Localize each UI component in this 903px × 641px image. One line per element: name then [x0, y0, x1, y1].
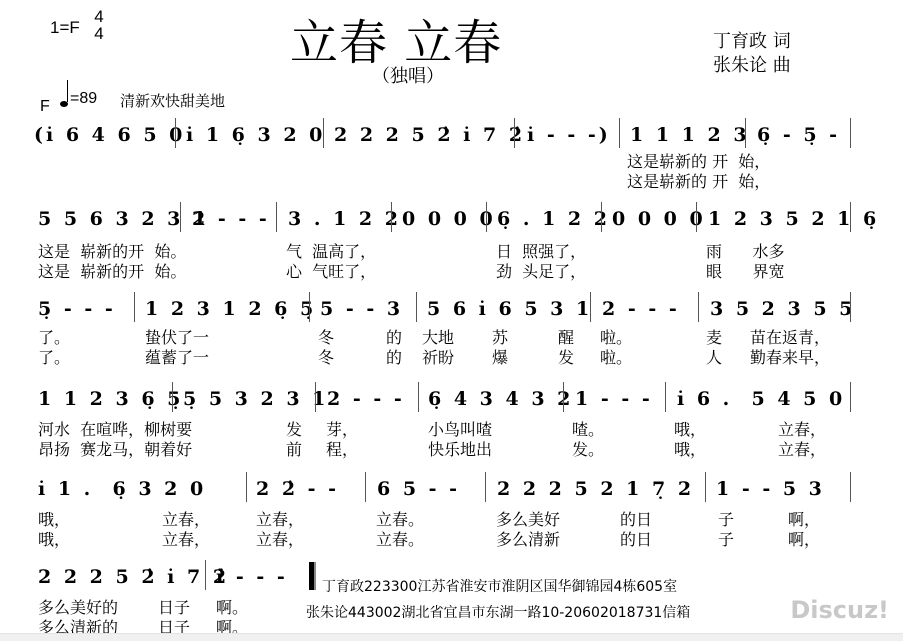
- lyrics-verse-2: 眼 界宽: [706, 262, 785, 281]
- barline: [309, 292, 310, 322]
- composer-credit: 张朱论 曲: [713, 54, 791, 78]
- measure: 2 - - -: [192, 208, 270, 230]
- lyrics-verse-2: 子: [718, 530, 734, 549]
- time-sig-top: 4: [92, 8, 106, 25]
- barline: [698, 292, 699, 322]
- barline: [172, 382, 173, 412]
- lyrics-verse-2: 劲 头足了，: [496, 262, 586, 281]
- barline: [276, 202, 277, 232]
- lyrics-verse-1: 啊。: [216, 598, 248, 617]
- barline: [486, 202, 487, 232]
- barline: [696, 202, 697, 232]
- measure: 1 - - -: [575, 388, 653, 410]
- lyrics-verse-1: 气 温高了，: [286, 242, 376, 261]
- lyrics-verse-1: 多么美好: [496, 510, 560, 529]
- lyrics-verse-1: 的日: [620, 510, 652, 529]
- measure: 2 2̇ - -: [256, 478, 339, 500]
- barline: [850, 472, 851, 502]
- measure: (i̇ 6 4 6 5 0: [34, 124, 185, 146]
- measure: 5 6 i̇ 6 5 3 1: [427, 298, 592, 320]
- measure: 1 2 3 1 2 6̣ 5̣: [145, 298, 316, 320]
- measure: i̇ 1 6̣ 3 2 0: [186, 124, 325, 146]
- lyrics-verse-1: 醒: [558, 328, 574, 347]
- lyrics-verse-2: 程，: [326, 440, 358, 459]
- lyrics-verse-2: 祈盼: [422, 348, 454, 367]
- lyrics-verse-1: 这是 崭新的开 始。: [38, 242, 186, 261]
- barline: [601, 202, 602, 232]
- lyrics-verse-2: 发: [558, 348, 574, 367]
- lyrics-verse-1: 蛰伏了一: [145, 328, 209, 347]
- song-subtitle: （独唱）: [372, 62, 444, 88]
- measure: 6̣ - 5̣ -: [757, 124, 840, 146]
- lyrics-verse-2: 发。: [572, 440, 604, 459]
- lyrics-verse-1: 喳。: [572, 420, 604, 439]
- measure: 5 5 6 3 2 3 1: [38, 208, 209, 230]
- lyrics-verse-1: 多么美好的: [38, 598, 118, 617]
- lyrics-verse-1: 发: [286, 420, 302, 439]
- barline: [850, 118, 851, 148]
- lyrics-verse-1: 日 照强了，: [496, 242, 586, 261]
- measure: 2 2 2 5 2̇ i̇ 7 2̇: [334, 124, 525, 146]
- measure: 2 - - -: [602, 298, 680, 320]
- lyrics-verse-1: 立春，: [778, 420, 826, 439]
- lyrics-verse-2: 这是 崭新的开 始。: [38, 262, 186, 281]
- lyricist-credit: 丁育政 词: [713, 30, 791, 54]
- measure: 5 - - 3: [320, 298, 403, 320]
- composer-address: 张朱论443002湖北省宜昌市东湖一路10-20602018731信箱: [306, 602, 690, 622]
- lyrics-verse-1: 这是崭新的 开 始，: [627, 152, 770, 171]
- barline: [665, 382, 666, 412]
- measure: 2 2 2 5 2 1 7̣ 2: [497, 478, 694, 500]
- lyrics-verse-2: 蕴蓄了一: [145, 348, 209, 367]
- barline: [315, 382, 316, 412]
- expression-marking: 清新欢快甜美地: [120, 90, 225, 111]
- barline: [850, 292, 851, 322]
- lyrics-verse-2: 啊，: [788, 530, 820, 549]
- barline: [323, 118, 324, 148]
- measure: 5̣ 5 3 2 3 1: [183, 388, 328, 410]
- lyrics-verse-1: 小鸟叫喳: [428, 420, 492, 439]
- barline: [175, 118, 176, 148]
- lyrics-verse-1: 日子: [158, 598, 190, 617]
- barline: [745, 118, 746, 148]
- measure: 3 5 2 3 5 5: [710, 298, 855, 320]
- barline: [391, 202, 392, 232]
- barline: [590, 292, 591, 322]
- discuz-watermark: Discuz!: [790, 596, 889, 624]
- lyrics-verse-1: 子: [718, 510, 734, 529]
- lyrics-verse-1: 冬: [318, 328, 334, 347]
- lyrics-verse-2: 快乐地出: [428, 440, 492, 459]
- lyrics-verse-2: 前: [286, 440, 302, 459]
- measure: 1 - - 5 3: [716, 478, 825, 500]
- barline: [365, 472, 366, 502]
- measure: 2 2 2 5 2̇ i̇ 7 2̇: [38, 566, 229, 588]
- time-signature: 4 4: [92, 8, 106, 42]
- barline: [850, 202, 851, 232]
- note-stem: [67, 80, 68, 102]
- lyrics-verse-2: 哦，: [674, 440, 706, 459]
- lyrics-verse-2: 的日: [620, 530, 652, 549]
- lyrics-verse-1: 啊，: [788, 510, 820, 529]
- lyrics-verse-1: 哦，: [38, 510, 70, 529]
- lyricist-address: 丁育政223300江苏省淮安市淮阴区国华御锦园4栋605室: [322, 576, 677, 596]
- lyrics-verse-1: 立春，: [162, 510, 210, 529]
- measure: 0 0 0 0: [612, 208, 706, 230]
- barline: [205, 560, 206, 590]
- measure: 6̣ . 1 2 2: [497, 208, 610, 230]
- lyrics-verse-1: 芽，: [326, 420, 358, 439]
- lyrics-verse-1: 麦: [706, 328, 722, 347]
- lyrics-verse-1: 苏: [492, 328, 508, 347]
- lyrics-verse-1: 雨 水多: [706, 242, 785, 261]
- barline: [563, 382, 564, 412]
- lyrics-verse-1: 了。: [38, 328, 70, 347]
- measure: 1 2 3 5 2 1 6̣: [708, 208, 879, 230]
- tempo-bpm: =89: [70, 90, 97, 108]
- lyrics-verse-1: 的: [386, 328, 402, 347]
- tempo-key-letter: F: [40, 98, 50, 116]
- barline: [134, 292, 135, 322]
- barline: [180, 202, 181, 232]
- barline: [416, 292, 417, 322]
- measure: i̇ 1 . 6̣ 3 2 0: [38, 478, 206, 500]
- barline: [850, 382, 851, 412]
- lyrics-verse-2: 了。: [38, 348, 70, 367]
- lyrics-verse-2: 立春。: [376, 530, 424, 549]
- measure: 1 1 1 2 3: [630, 124, 750, 146]
- lyrics-verse-1: 啦。: [600, 328, 632, 347]
- measure: 1 1 2 3 6̣ 5̣: [38, 388, 183, 410]
- lyrics-verse-1: 大地: [422, 328, 454, 347]
- lyrics-verse-2: 人: [706, 348, 722, 367]
- credits: 丁育政 词 张朱论 曲: [713, 30, 791, 78]
- lyrics-verse-2: 啦。: [600, 348, 632, 367]
- barline: [705, 472, 706, 502]
- lyrics-verse-2: 勤春来早，: [750, 348, 830, 367]
- measure: i̇ - - -: [216, 566, 288, 588]
- lyrics-verse-2: 昂扬 赛龙马，朝着好: [38, 440, 192, 459]
- lyrics-verse-2: 立春，: [162, 530, 210, 549]
- lyrics-verse-2: 爆: [492, 348, 508, 367]
- lyrics-verse-1: 苗在返青，: [750, 328, 830, 347]
- measure: i̇ 6 . 5 4 5 0: [677, 388, 845, 410]
- lyrics-verse-2: 立春，: [256, 530, 304, 549]
- measure: 6̣ 4 3 4 3 2: [428, 388, 573, 410]
- barline: [485, 472, 486, 502]
- lyrics-verse-2: 这是崭新的 开 始，: [627, 172, 770, 191]
- measure: 6 5 - -: [377, 478, 460, 500]
- measure: 0 0 0 0: [402, 208, 496, 230]
- lyrics-verse-1: 立春。: [376, 510, 424, 529]
- measure: 2 - - -: [327, 388, 405, 410]
- barline: [246, 472, 247, 502]
- barline: [514, 118, 515, 148]
- bottom-strip: [0, 633, 903, 641]
- lyrics-verse-1: 立春，: [256, 510, 304, 529]
- measure: i̇ - - -): [527, 124, 611, 146]
- lyrics-verse-1: 河水 在喧哗，柳树要: [38, 420, 192, 439]
- lyrics-verse-2: 哦，: [38, 530, 70, 549]
- lyrics-verse-1: 哦，: [674, 420, 706, 439]
- lyrics-verse-2: 心 气旺了，: [286, 262, 376, 281]
- lyrics-verse-2: 的: [386, 348, 402, 367]
- key-signature: 1=F: [50, 18, 80, 38]
- time-sig-bottom: 4: [92, 25, 106, 42]
- lyrics-verse-2: 冬: [318, 348, 334, 367]
- barline: [619, 118, 620, 148]
- barline: [418, 382, 419, 412]
- measure: 5̣ - - -: [38, 298, 116, 320]
- lyrics-verse-2: 多么清新: [496, 530, 560, 549]
- lyrics-verse-2: 立春，: [778, 440, 826, 459]
- final-barline: [309, 562, 316, 590]
- measure: 3 . 1 2 2: [288, 208, 401, 230]
